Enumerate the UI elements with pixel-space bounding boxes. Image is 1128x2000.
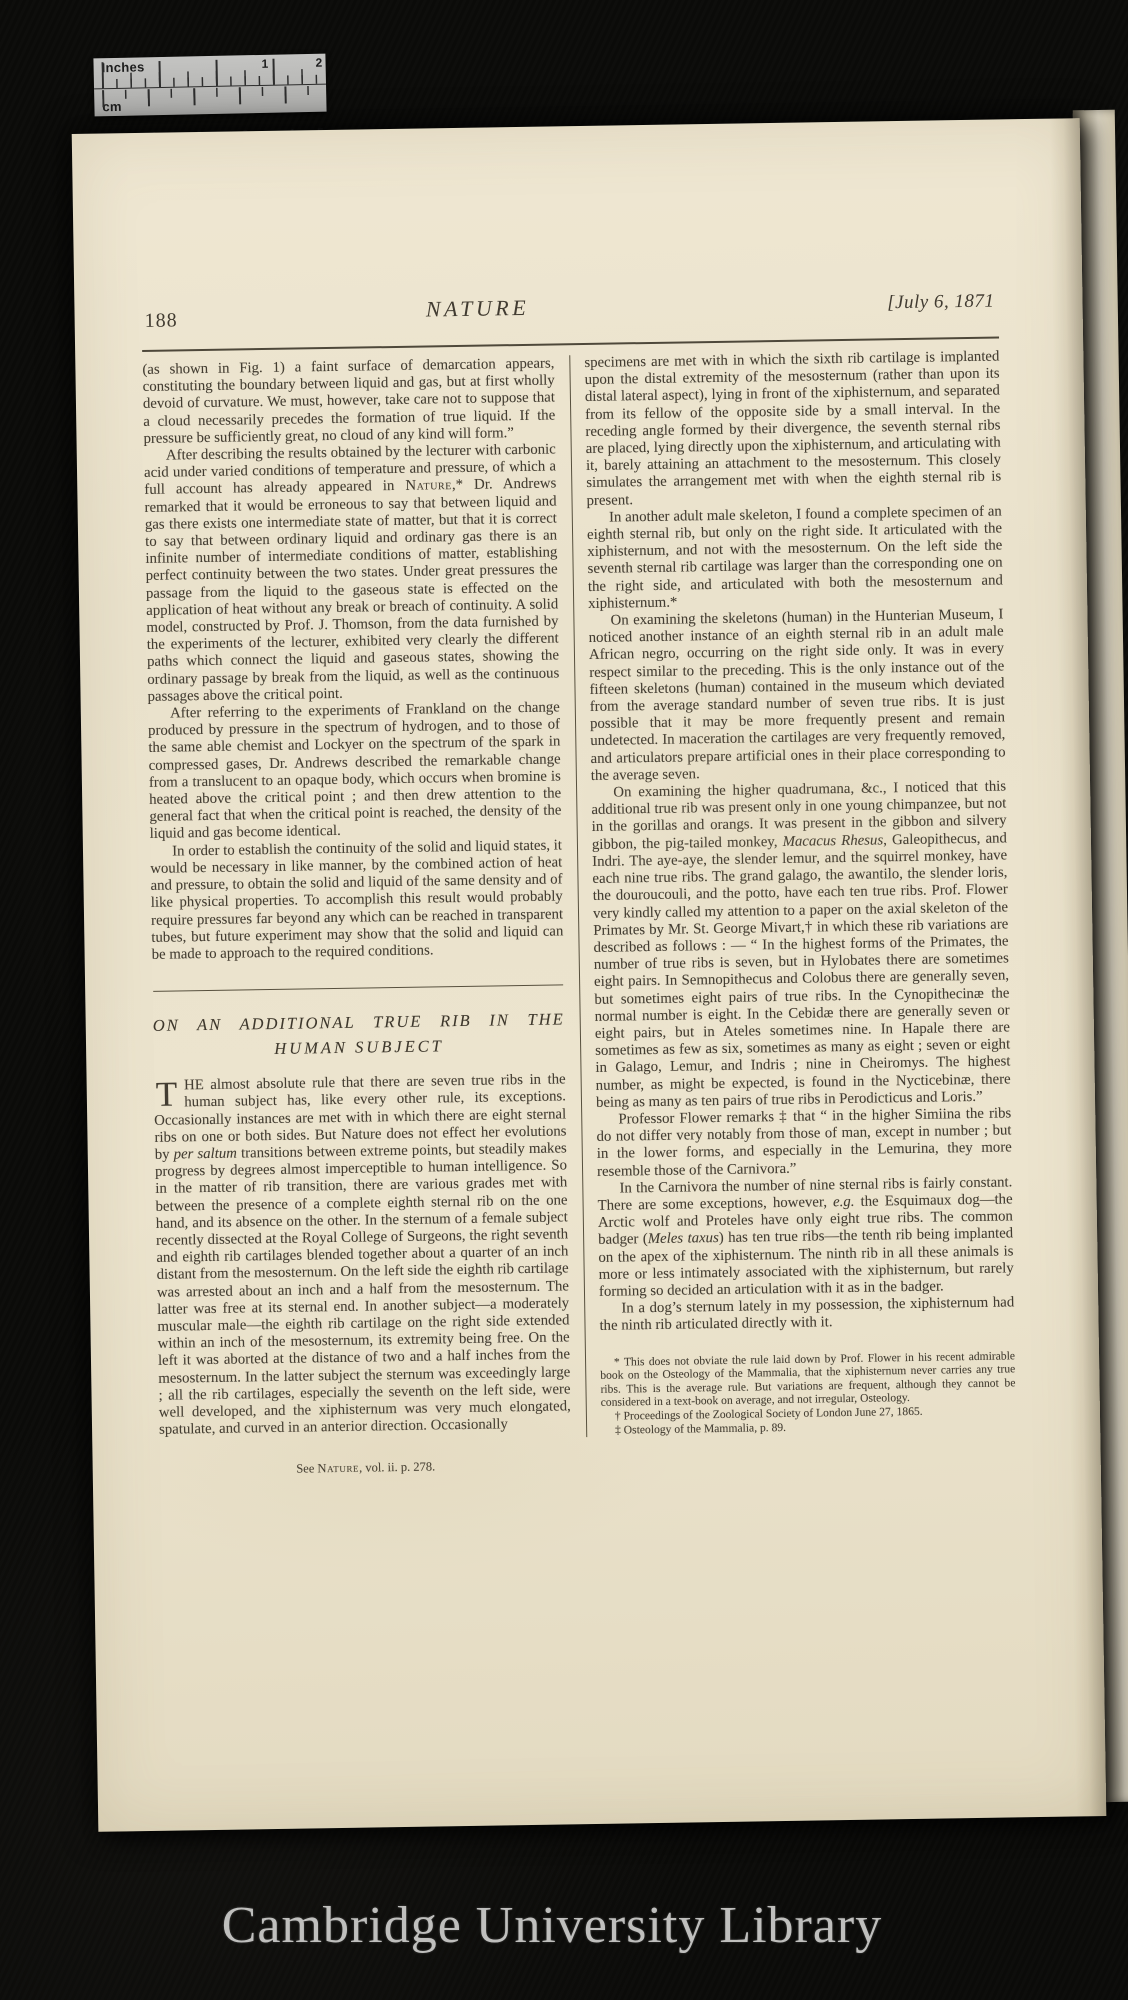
paragraph: specimens are met with in which the sixt…: [584, 348, 1001, 509]
page-header: 188 NATURE [July 6, 1871: [74, 286, 1083, 344]
footnote-reference: See Nature, vol. ii. p. 278.: [160, 1457, 572, 1481]
footnotes-block: * This does not obviate the rule laid do…: [600, 1349, 1016, 1437]
paragraph: After describing the results obtained by…: [144, 441, 560, 705]
paragraph: On examining the skeletons (human) in th…: [588, 606, 1006, 785]
text-columns: (as shown in Fig. 1) a faint surface of …: [142, 348, 1016, 1480]
paragraph: On examining the higher quadrumana, &c.,…: [591, 779, 1011, 1112]
column-left: (as shown in Fig. 1) a faint surface of …: [142, 355, 572, 1480]
column-right: specimens are met with in which the sixt…: [569, 348, 1016, 1437]
footnote: * This does not obviate the rule laid do…: [600, 1349, 1016, 1410]
issue-date: [July 6, 1871: [887, 291, 995, 315]
paragraph: In order to establish the continuity of …: [150, 837, 564, 964]
paragraph: In another adult male skeleton, I found …: [587, 503, 1004, 613]
journal-page-scan: 188 NATURE [July 6, 1871 (as shown in Fi…: [72, 118, 1107, 1832]
measurement-ruler: Inches 1 2 cm 1 2 3 4 5: [93, 54, 326, 117]
paragraph: After referring to the experiments of Fr…: [148, 699, 562, 843]
journal-title: NATURE: [74, 289, 880, 328]
article-title: ON AN ADDITIONAL TRUE RIB IN THE HUMAN S…: [153, 1006, 566, 1062]
ruler-inch-ticks: [102, 58, 326, 89]
drop-cap: T: [154, 1077, 185, 1108]
library-watermark: Cambridge University Library: [0, 1896, 1104, 1955]
ruler-cm-ticks: [102, 85, 326, 107]
article-divider-rule: [153, 985, 563, 992]
paragraph: In a dog’s sternum lately in my possessi…: [599, 1295, 1014, 1336]
paragraph: In the Carnivora the number of nine ster…: [597, 1174, 1014, 1301]
paragraph: THE almost absolute rule that there are …: [154, 1071, 572, 1439]
ruler-inches-band: Inches 1 2: [93, 54, 326, 90]
ruler-cm-band: cm 1 2 3 4 5: [94, 85, 327, 116]
paragraph-text: HE almost absolute rule that there are s…: [154, 1071, 571, 1437]
paragraph: Professor Flower remarks ‡ that “ in the…: [596, 1105, 1012, 1180]
paragraph: (as shown in Fig. 1) a faint surface of …: [142, 355, 555, 447]
